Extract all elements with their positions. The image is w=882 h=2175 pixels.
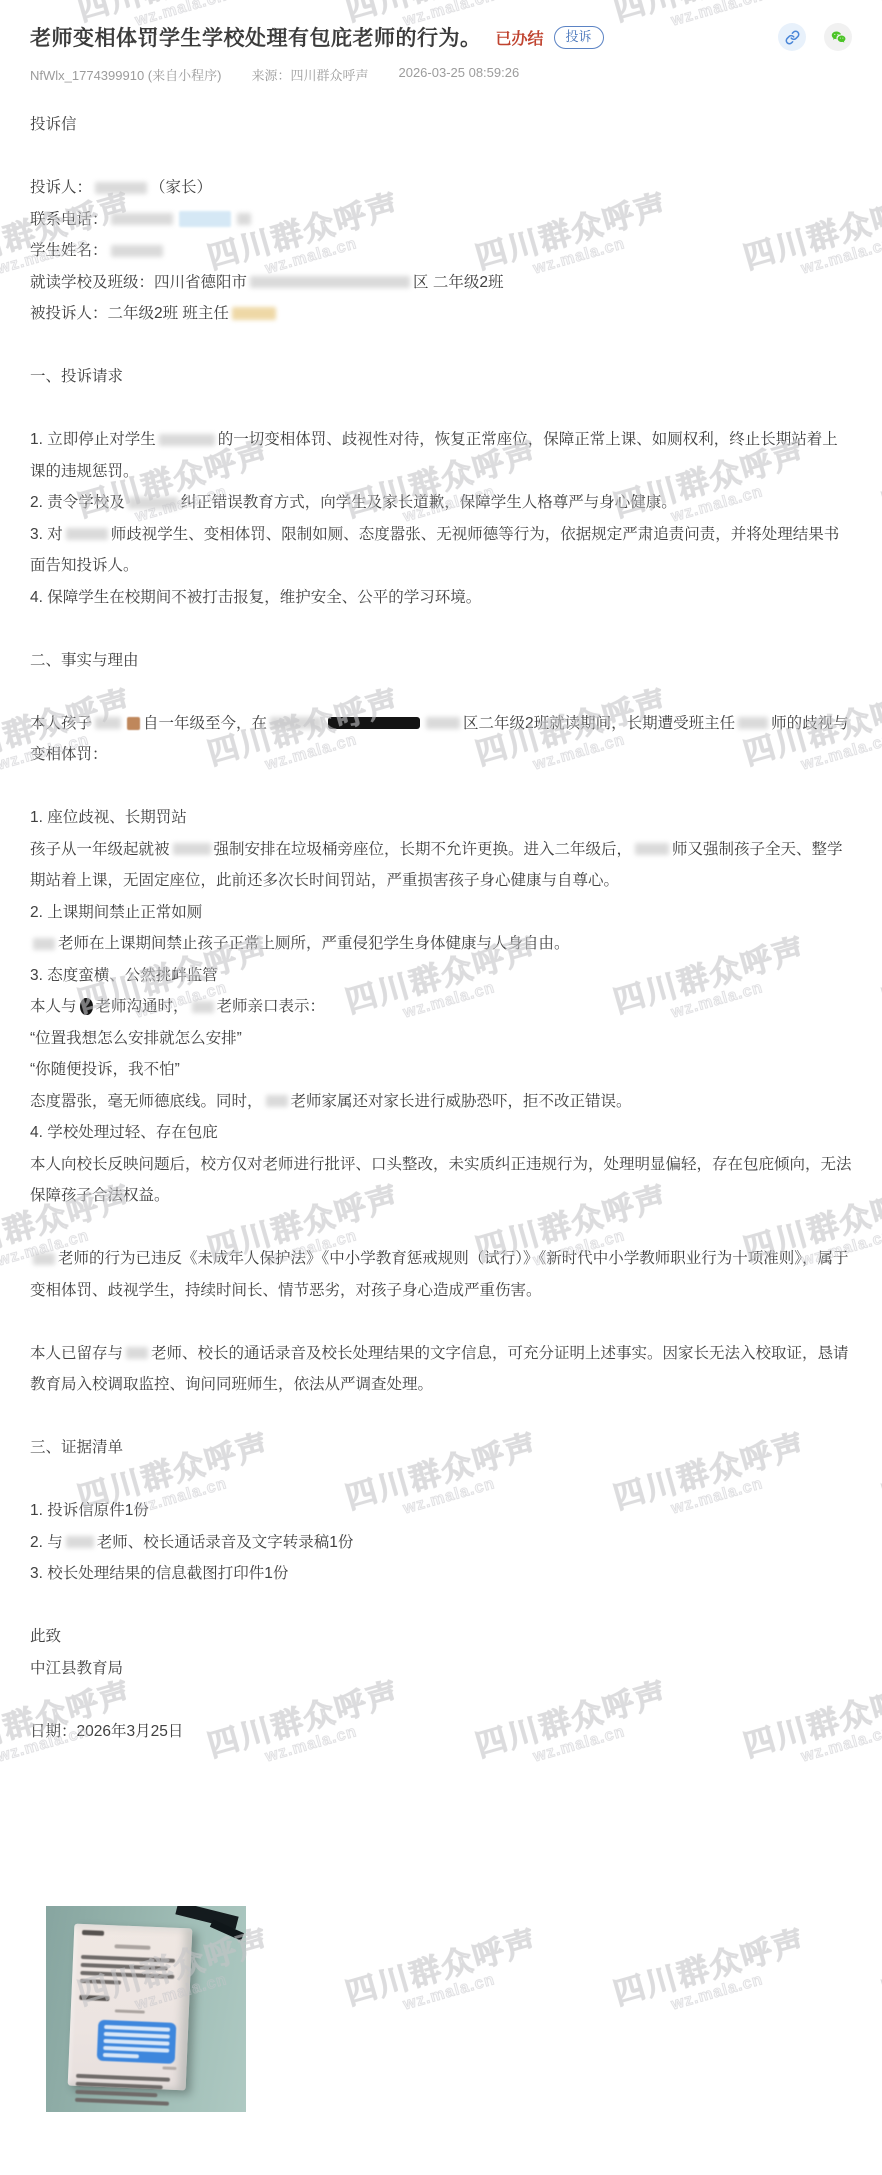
status-badge: 已办结 xyxy=(496,26,544,49)
letter-text: 区二年级2班就读期间，长期遭受班主任 xyxy=(463,715,735,732)
letter-paragraph: 一、投诉请求 xyxy=(30,361,852,393)
redaction-blur xyxy=(33,938,55,950)
watermark: 四川群众呼声wz.mala.cn xyxy=(876,1916,882,2029)
letter-paragraph: 1. 座位歧视、长期罚站 xyxy=(30,802,852,834)
letter-paragraph: 老师的行为已违反《未成年人保护法》《中小学教育惩戒规则（试行）》《新时代中小学教… xyxy=(30,1243,852,1306)
letter-blank-line xyxy=(30,1212,852,1244)
photo-phone-screen xyxy=(68,1924,193,2091)
letter-text: 二、事实与理由 xyxy=(30,652,139,669)
redaction-blur xyxy=(270,717,322,729)
letter-paragraph: 本人孩子自一年级至今，在区二年级2班就读期间，长期遭受班主任师的歧视与变相体罚： xyxy=(30,708,852,771)
letter-paragraph: 三、证据清单 xyxy=(30,1432,852,1464)
letter-paragraph: 本人已留存与老师、校长的通话录音及校长处理结果的文字信息，可充分证明上述事实。因… xyxy=(30,1338,852,1401)
letter-blank-line xyxy=(30,1306,852,1338)
letter-blank-line xyxy=(30,330,852,362)
redaction-blur xyxy=(95,717,121,729)
share-link-button[interactable] xyxy=(778,23,806,51)
redaction-blur xyxy=(66,528,108,540)
redaction-blur xyxy=(173,843,211,855)
letter-text: 日期：2026年3月25日 xyxy=(30,1723,183,1740)
redaction-blur xyxy=(426,717,460,729)
letter-paragraph: 本人与老师沟通时，老师亲口表示： xyxy=(30,991,852,1023)
letter-paragraph: 孩子从一年级起就被强制安排在垃圾桶旁座位，长期不允许更换。进入二年级后，师又强制… xyxy=(30,834,852,897)
letter-text: 老师的行为已违反《未成年人保护法》《中小学教育惩戒规则（试行）》《新时代中小学教… xyxy=(30,1250,849,1299)
letter-text: 老师亲口表示： xyxy=(217,998,326,1015)
watermark-url: wz.mala.cn xyxy=(401,1957,546,2015)
letter-text: 投诉人： xyxy=(30,179,92,196)
redaction-blur xyxy=(738,717,768,729)
source-label: 来源：四川群众呼声 xyxy=(251,65,368,84)
letter-paragraph: 1. 立即停止对学生的一切变相体罚、歧视性对待，恢复正常座位，保障正常上课、如厕… xyxy=(30,424,852,487)
watermark: 四川群众呼声wz.mala.cn xyxy=(340,1916,547,2029)
letter-blank-line xyxy=(30,1590,852,1622)
letter-text: 孩子从一年级起就被 xyxy=(30,841,170,858)
letter-paragraph: 4. 保障学生在校期间不被打击报复，维护安全、公平的学习环境。 xyxy=(30,582,852,614)
letter-text: 纠正错误教育方式，向学生及家长道歉，保障学生人格尊严与身心健康。 xyxy=(181,494,677,511)
post-datetime: 2026-03-25 08:59:26 xyxy=(398,65,519,84)
wechat-icon xyxy=(830,29,847,46)
letter-paragraph: 本人向校长反映问题后，校方仅对老师进行批评、口头整改，未实质纠正违规行为，处理明… xyxy=(30,1149,852,1212)
evidence-photo-chat-screenshot[interactable] xyxy=(46,1906,246,2112)
letter-text: 4. 保障学生在校期间不被打击报复，维护安全、公平的学习环境。 xyxy=(30,589,481,606)
letter-text: 学生姓名： xyxy=(30,242,108,259)
letter-text: 被投诉人：二年级2班 班主任 xyxy=(30,305,229,322)
letter-paragraph: 就读学校及班级：四川省德阳市区 二年级2班 xyxy=(30,267,852,299)
redaction-blur xyxy=(250,276,410,288)
letter-text: 3. 态度蛮横、公然挑衅监管 xyxy=(30,967,218,984)
letter-paragraph: 3. 校长处理结果的信息截图打印件1份 xyxy=(30,1558,852,1590)
letter-text: 自一年级至今，在 xyxy=(143,715,267,732)
letter-text: 联系电话： xyxy=(30,211,108,228)
letter-text: 1. 座位歧视、长期罚站 xyxy=(30,809,187,826)
letter-blank-line xyxy=(30,393,852,425)
letter-text: 强制安排在垃圾桶旁座位，长期不允许更换。进入二年级后， xyxy=(214,841,633,858)
letter-text: 本人已留存与 xyxy=(30,1345,123,1362)
letter-text: 2. 与 xyxy=(30,1534,63,1551)
share-wechat-button[interactable] xyxy=(824,23,852,51)
redaction-blur xyxy=(111,245,163,257)
letter-text: 2. 上课期间禁止正常如厕 xyxy=(30,904,202,921)
letter-paragraph: 态度嚣张，毫无师德底线。同时，老师家属还对家长进行威胁恐吓，拒不改正错误。 xyxy=(30,1086,852,1118)
redaction-blur xyxy=(128,497,178,509)
redaction-blur xyxy=(635,843,669,855)
letter-paragraph: 中江县教育局 xyxy=(30,1653,852,1685)
letter-text: 本人向校长反映问题后，校方仅对老师进行批评、口头整改，未实质纠正违规行为，处理明… xyxy=(30,1156,852,1205)
redaction-blur xyxy=(192,1001,214,1013)
letter-paragraph: 被投诉人：二年级2班 班主任 xyxy=(30,298,852,330)
letter-blank-line xyxy=(30,771,852,803)
letter-text: 老师、校长的通话录音及校长处理结果的文字信息，可充分证明上述事实。因家长无法入校… xyxy=(30,1345,849,1394)
letter-text: （家长） xyxy=(150,179,212,196)
letter-text: 就读学校及班级：四川省德阳市 xyxy=(30,274,247,291)
letter-blank-line xyxy=(30,1464,852,1496)
letter-text: 老师、校长通话录音及文字转录稿1份 xyxy=(97,1534,354,1551)
watermark-text: 四川群众呼声 xyxy=(876,1916,882,2014)
photo-chat-blue-bubble xyxy=(97,2020,177,2064)
redaction-blur xyxy=(111,213,173,225)
redaction-highlight xyxy=(179,211,231,227)
letter-text: 3. 校长处理结果的信息截图打印件1份 xyxy=(30,1565,288,1582)
category-tag-complaint[interactable]: 投诉 xyxy=(554,26,604,49)
letter-paragraph: 3. 对师歧视学生、变相体罚、限制如厕、态度嚣张、无视师德等行为，依据规定严肃追… xyxy=(30,519,852,582)
letter-text: “你随便投诉，我不怕” xyxy=(30,1061,180,1078)
letter-paragraph: “位置我想怎么安排就怎么安排” xyxy=(30,1023,852,1055)
letter-text: 4. 学校处理过轻、存在包庇 xyxy=(30,1124,218,1141)
letter-paragraph: 学生姓名： xyxy=(30,235,852,267)
redaction-tan xyxy=(127,717,140,730)
photo-chat-content xyxy=(76,1930,184,2084)
complaint-post-page: 老师变相体罚学生学校处理有包庇老师的行为。 已办结 投诉 xyxy=(0,0,882,2175)
letter-blank-line xyxy=(30,1684,852,1716)
post-header: 老师变相体罚学生学校处理有包庇老师的行为。 已办结 投诉 xyxy=(0,0,882,84)
redaction-blur xyxy=(159,434,215,446)
letter-paragraph: 日期：2026年3月25日 xyxy=(30,1716,852,1748)
title-row: 老师变相体罚学生学校处理有包庇老师的行为。 已办结 投诉 xyxy=(30,22,852,52)
watermark-url: wz.mala.cn xyxy=(669,1957,814,2015)
letter-blank-line xyxy=(30,141,852,173)
share-icon-group xyxy=(778,23,852,51)
redaction-yellow xyxy=(232,307,276,320)
letter-text: 投诉信 xyxy=(30,116,77,133)
letter-paragraph: 2. 责令学校及纠正错误教育方式，向学生及家长道歉，保障学生人格尊严与身心健康。 xyxy=(30,487,852,519)
letter-text: “位置我想怎么安排就怎么安排” xyxy=(30,1030,242,1047)
redaction-blur xyxy=(95,182,147,194)
letter-blank-line xyxy=(30,676,852,708)
watermark-text: 四川群众呼声 xyxy=(340,1916,543,2014)
letter-paragraph: 此致 xyxy=(30,1621,852,1653)
link-icon xyxy=(785,30,800,45)
letter-text: 师歧视学生、变相体罚、限制如厕、态度嚣张、无视师德等行为，依据规定严肃追责问责，… xyxy=(30,526,839,575)
letter-text: 2. 责令学校及 xyxy=(30,494,125,511)
letter-text: 本人孩子 xyxy=(30,715,92,732)
complaint-letter-body: 投诉信投诉人：（家长）联系电话：学生姓名：就读学校及班级：四川省德阳市区 二年级… xyxy=(0,84,882,1747)
post-meta: NfWlx_1774399910 (来自小程序) 来源：四川群众呼声 2026-… xyxy=(30,65,852,84)
letter-text: 此致 xyxy=(30,1628,61,1645)
letter-blank-line xyxy=(30,613,852,645)
letter-text: 态度嚣张，毫无师德底线。同时， xyxy=(30,1093,263,1110)
letter-text: 老师沟通时， xyxy=(96,998,189,1015)
letter-blank-line xyxy=(30,1401,852,1433)
redaction-black xyxy=(328,717,420,729)
author-id: NfWlx_1774399910 (来自小程序) xyxy=(30,65,221,84)
letter-paragraph: 联系电话： xyxy=(30,204,852,236)
letter-text: 中江县教育局 xyxy=(30,1660,123,1677)
letter-paragraph: 投诉信 xyxy=(30,109,852,141)
redaction-dot xyxy=(80,998,93,1015)
letter-paragraph: 3. 态度蛮横、公然挑衅监管 xyxy=(30,960,852,992)
letter-paragraph: 1. 投诉信原件1份 xyxy=(30,1495,852,1527)
letter-paragraph: 老师在上课期间禁止孩子正常上厕所，严重侵犯学生身体健康与人身自由。 xyxy=(30,928,852,960)
page-title: 老师变相体罚学生学校处理有包庇老师的行为。 xyxy=(30,22,482,52)
letter-paragraph: 2. 与老师、校长通话录音及文字转录稿1份 xyxy=(30,1527,852,1559)
watermark-text: 四川群众呼声 xyxy=(608,1916,811,2014)
letter-text: 本人与 xyxy=(30,998,77,1015)
letter-text: 老师在上课期间禁止孩子正常上厕所，严重侵犯学生身体健康与人身自由。 xyxy=(58,935,570,952)
letter-paragraph: 投诉人：（家长） xyxy=(30,172,852,204)
redaction-blur xyxy=(237,213,251,225)
letter-text: 1. 投诉信原件1份 xyxy=(30,1502,149,1519)
redaction-blur xyxy=(266,1095,288,1107)
letter-paragraph: 2. 上课期间禁止正常如厕 xyxy=(30,897,852,929)
letter-text: 3. 对 xyxy=(30,526,63,543)
letter-paragraph: “你随便投诉，我不怕” xyxy=(30,1054,852,1086)
redaction-blur xyxy=(126,1347,148,1359)
letter-text: 1. 立即停止对学生 xyxy=(30,431,156,448)
letter-paragraph: 4. 学校处理过轻、存在包庇 xyxy=(30,1117,852,1149)
letter-text: 区 二年级2班 xyxy=(413,274,503,291)
letter-text: 老师家属还对家长进行威胁恐吓，拒不改正错误。 xyxy=(291,1093,632,1110)
redaction-blur xyxy=(33,1253,55,1265)
letter-text: 一、投诉请求 xyxy=(30,368,123,385)
watermark: 四川群众呼声wz.mala.cn xyxy=(608,1916,815,2029)
redaction-blur xyxy=(66,1536,94,1548)
letter-text: 三、证据清单 xyxy=(30,1439,123,1456)
letter-paragraph: 二、事实与理由 xyxy=(30,645,852,677)
